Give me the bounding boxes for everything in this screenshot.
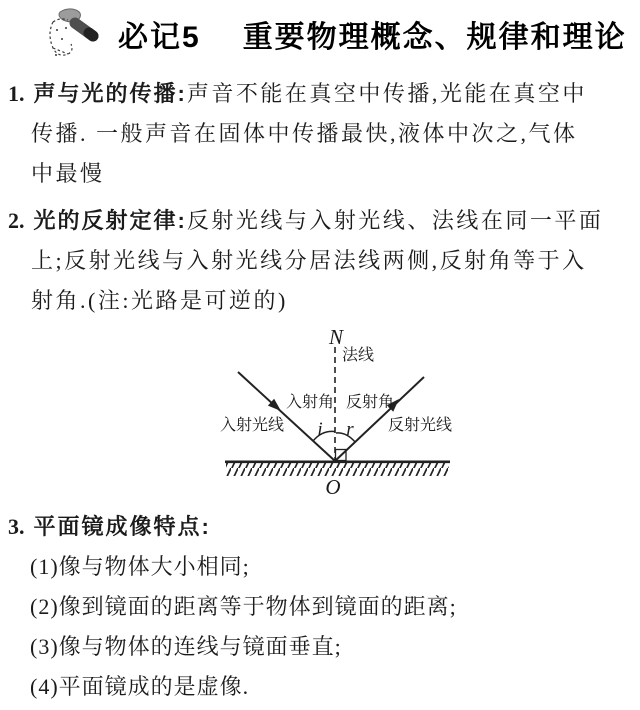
item1-text: 声音不能在真空中传播,光能在真空中 [187, 81, 587, 106]
reflection-angle-symbol: r [346, 419, 354, 440]
page-header: 必记5 重要物理概念、规律和理论 [0, 4, 640, 64]
pencil-sketch-icon [44, 6, 110, 62]
normal-label: 法线 [342, 346, 374, 364]
incidence-angle-arc [313, 431, 335, 441]
page-title: 重要物理概念、规律和理论 [243, 12, 627, 56]
note-item-plane-mirror: 3.平面镜成像特点: (1)像与物体大小相同; (2)像到镜面的距离等于物体到镜… [8, 507, 457, 707]
item2-lead: 光的反射定律: [34, 208, 187, 233]
item3-sub1: (1)像与物体大小相同; [30, 547, 457, 587]
item3-number: 3. [8, 514, 25, 539]
item3-sub4: (4)平面镜成的是虚像. [30, 667, 457, 707]
item3-sub2: (2)像到镜面的距离等于物体到镜面的距离; [30, 587, 457, 627]
item1-number: 1. [8, 81, 25, 106]
item2-number: 2. [8, 208, 25, 233]
incident-angle-label: 入射角 [286, 393, 334, 411]
reflected-angle-label: 反射角 [346, 393, 394, 411]
item1-lead: 声与光的传播: [34, 81, 187, 106]
item1-line1: 1.声与光的传播:声音不能在真空中传播,光能在真空中 [8, 74, 587, 114]
item3-sub3: (3)像与物体的连线与镜面垂直; [30, 627, 457, 667]
item1-line2: 传播. 一般声音在固体中传播最快,液体中次之,气体 [31, 114, 587, 154]
item3-line1: 3.平面镜成像特点: [8, 507, 457, 547]
incidence-angle-symbol: i [317, 419, 322, 440]
normal-point-label: N [328, 325, 344, 349]
item2-line2: 上;反射光线与入射光线分居法线两侧,反射角等于入 [31, 241, 603, 281]
note-item-reflection-law: 2.光的反射定律:反射光线与入射光线、法线在同一平面 上;反射光线与入射光线分居… [8, 201, 603, 321]
item3-lead: 平面镜成像特点: [34, 514, 211, 539]
item2-line1: 2.光的反射定律:反射光线与入射光线、法线在同一平面 [8, 201, 603, 241]
note-item-sound-and-light: 1.声与光的传播:声音不能在真空中传播,光能在真空中 传播. 一般声音在固体中传… [8, 74, 587, 194]
item2-line3: 射角.(注:光路是可逆的) [31, 281, 603, 321]
item2-text: 反射光线与入射光线、法线在同一平面 [187, 208, 604, 233]
physics-notes-page: 必记5 重要物理概念、规律和理论 1.声与光的传播:声音不能在真空中传播,光能在… [0, 0, 640, 710]
reflection-diagram: N 法线 入射角 反射角 入射光线 反射光线 i r O [150, 320, 490, 502]
reflected-ray-label: 反射光线 [388, 416, 452, 434]
section-badge: 必记5 [118, 12, 201, 56]
origin-point-label: O [325, 475, 340, 499]
item1-line3: 中最慢 [31, 154, 587, 194]
reflection-diagram-canvas: N 法线 入射角 反射角 入射光线 反射光线 i r O [150, 320, 490, 502]
incident-ray-label: 入射光线 [220, 416, 284, 434]
